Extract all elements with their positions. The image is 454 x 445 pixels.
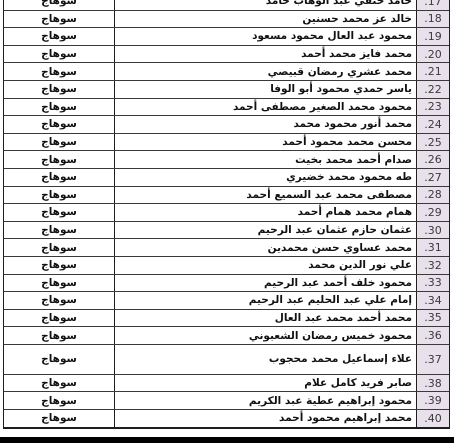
row-number-cell: 20. xyxy=(416,46,449,63)
name-cell: إمام علي عبد الحليم عبد الرحيم xyxy=(114,292,416,309)
governorate-cell: سوهاج xyxy=(4,28,114,45)
row-number-cell: 21. xyxy=(416,63,449,80)
governorate-cell: سوهاج xyxy=(4,257,114,274)
name-cell: علاء إسماعيل محمد محجوب xyxy=(114,345,416,374)
governorate-cell: سوهاج xyxy=(4,134,114,151)
page-bottom-border xyxy=(0,437,454,443)
governorate-cell: سوهاج xyxy=(4,63,114,80)
governorate-cell: سوهاج xyxy=(4,239,114,256)
table-row: 34. إمام علي عبد الحليم عبد الرحيم سوهاج xyxy=(4,292,449,310)
governorate-cell: سوهاج xyxy=(4,116,114,133)
governorate-cell: سوهاج xyxy=(4,187,114,204)
table-row: 35. محمد أحمد محمد عبد العال سوهاج xyxy=(4,310,449,328)
row-number-cell: 32. xyxy=(416,257,449,274)
name-cell: محمد أنور محمود محمد xyxy=(114,116,416,133)
governorate-cell: سوهاج xyxy=(4,375,114,392)
table-row: 37. علاء إسماعيل محمد محجوب سوهاج xyxy=(4,345,449,375)
name-cell: حامد حنفي عبد الوهاب حامد xyxy=(114,0,416,10)
table-row: 30. عثمان حازم عثمان عبد الرحيم سوهاج xyxy=(4,222,449,240)
row-number-cell: 17. xyxy=(416,0,449,10)
table-row: 32. علي نور الدين محمد سوهاج xyxy=(4,257,449,275)
governorate-cell: سوهاج xyxy=(4,0,114,10)
table-row: 38. صابر فريد كامل علام سوهاج xyxy=(4,375,449,393)
governorate-cell: سوهاج xyxy=(4,222,114,239)
table-row: 19. محمود عبد العال محمود مسعود سوهاج xyxy=(4,28,449,46)
row-number-cell: 34. xyxy=(416,292,449,309)
row-number-cell: 18. xyxy=(416,11,449,28)
table-row: 27. طه محمود محمد خضيري سوهاج xyxy=(4,169,449,187)
governorate-cell: سوهاج xyxy=(4,275,114,292)
row-number-cell: 30. xyxy=(416,222,449,239)
row-number-cell: 25. xyxy=(416,134,449,151)
name-cell: محمود عبد العال محمود مسعود xyxy=(114,28,416,45)
name-cell: طه محمود محمد خضيري xyxy=(114,169,416,186)
name-cell: محمود خلف أحمد عبد الرحيم xyxy=(114,275,416,292)
name-cell: خالد عز محمد حسنين xyxy=(114,11,416,28)
row-number-cell: 26. xyxy=(416,151,449,168)
table-row: 40. محمد إبراهيم محمود أحمد سوهاج xyxy=(4,410,449,428)
table-row: 31. محمد عساوي حسن محمدين سوهاج xyxy=(4,239,449,257)
row-number-cell: 31. xyxy=(416,239,449,256)
table-row: 29. همام محمد همام أحمد سوهاج xyxy=(4,204,449,222)
governorate-cell: سوهاج xyxy=(4,292,114,309)
row-number-cell: 28. xyxy=(416,187,449,204)
table-row: 28. مصطفى محمد عبد السميع أحمد سوهاج xyxy=(4,187,449,205)
governorate-cell: سوهاج xyxy=(4,410,114,427)
governorate-cell: سوهاج xyxy=(4,151,114,168)
table-row: 20. محمد فايز محمد أحمد سوهاج xyxy=(4,46,449,64)
governorate-cell: سوهاج xyxy=(4,204,114,221)
name-cell: عثمان حازم عثمان عبد الرحيم xyxy=(114,222,416,239)
name-cell: صابر فريد كامل علام xyxy=(114,375,416,392)
name-cell: محمود خميس رمضان الشعبوني xyxy=(114,327,416,344)
table-row: 24. محمد أنور محمود محمد سوهاج xyxy=(4,116,449,134)
row-number-cell: 39. xyxy=(416,392,449,409)
row-number-cell: 36. xyxy=(416,327,449,344)
governorate-cell: سوهاج xyxy=(4,46,114,63)
name-cell: محمد إبراهيم محمود أحمد xyxy=(114,410,416,427)
name-cell: محمد أحمد محمد عبد العال xyxy=(114,310,416,327)
name-cell: محمود محمد الصغير مصطفى أحمد xyxy=(114,99,416,116)
table-row: 26. صدام أحمد محمد بخيت سوهاج xyxy=(4,151,449,169)
row-number-cell: 35. xyxy=(416,310,449,327)
table-row: 18. خالد عز محمد حسنين سوهاج xyxy=(4,11,449,29)
name-cell: محسن محمد محمود أحمد xyxy=(114,134,416,151)
table-row: 21. محمد عشري رمضان قبيصي سوهاج xyxy=(4,63,449,81)
name-cell: محمد عشري رمضان قبيصي xyxy=(114,63,416,80)
row-number-cell: 27. xyxy=(416,169,449,186)
name-cell: ياسر حمدي محمود أبو الوفا xyxy=(114,81,416,98)
governorate-cell: سوهاج xyxy=(4,81,114,98)
name-cell: صدام أحمد محمد بخيت xyxy=(114,151,416,168)
table-row: 17. حامد حنفي عبد الوهاب حامد سوهاج xyxy=(4,0,449,11)
table-row: 23. محمود محمد الصغير مصطفى أحمد سوهاج xyxy=(4,99,449,117)
governorate-cell: سوهاج xyxy=(4,169,114,186)
name-cell: همام محمد همام أحمد xyxy=(114,204,416,221)
row-number-cell: 19. xyxy=(416,28,449,45)
table-row: 22. ياسر حمدي محمود أبو الوفا سوهاج xyxy=(4,81,449,99)
name-cell: علي نور الدين محمد xyxy=(114,257,416,274)
governorate-cell: سوهاج xyxy=(4,392,114,409)
row-number-cell: 23. xyxy=(416,99,449,116)
table-row: 25. محسن محمد محمود أحمد سوهاج xyxy=(4,134,449,152)
governorate-cell: سوهاج xyxy=(4,345,114,374)
table-row: 33. محمود خلف أحمد عبد الرحيم سوهاج xyxy=(4,275,449,293)
governorate-cell: سوهاج xyxy=(4,11,114,28)
governorate-cell: سوهاج xyxy=(4,310,114,327)
name-cell: مصطفى محمد عبد السميع أحمد xyxy=(114,187,416,204)
name-cell: محمد فايز محمد أحمد xyxy=(114,46,416,63)
document-page: 17. حامد حنفي عبد الوهاب حامد سوهاج 18. … xyxy=(0,0,454,445)
row-number-cell: 37. xyxy=(416,345,449,374)
row-number-cell: 29. xyxy=(416,204,449,221)
table-row: 39. محمود إبراهيم عطية عبد الكريم سوهاج xyxy=(4,392,449,410)
governorate-cell: سوهاج xyxy=(4,99,114,116)
governorate-cell: سوهاج xyxy=(4,327,114,344)
row-number-cell: 33. xyxy=(416,275,449,292)
name-cell: محمد عساوي حسن محمدين xyxy=(114,239,416,256)
roster-table: 17. حامد حنفي عبد الوهاب حامد سوهاج 18. … xyxy=(3,0,450,429)
row-number-cell: 22. xyxy=(416,81,449,98)
row-number-cell: 24. xyxy=(416,116,449,133)
row-number-cell: 40. xyxy=(416,410,449,427)
table-row: 36. محمود خميس رمضان الشعبوني سوهاج xyxy=(4,327,449,345)
name-cell: محمود إبراهيم عطية عبد الكريم xyxy=(114,392,416,409)
row-number-cell: 38. xyxy=(416,375,449,392)
